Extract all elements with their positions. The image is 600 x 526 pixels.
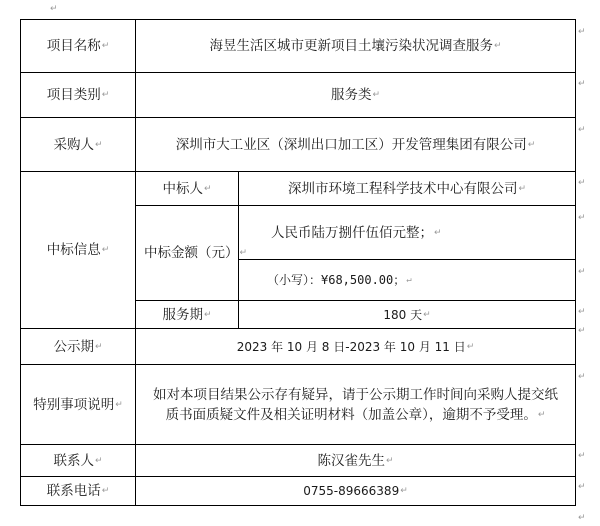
paragraph-mark-icon: ↵ — [518, 179, 526, 199]
paragraph-mark-icon: ↵ — [102, 85, 110, 105]
paragraph-mark-icon: ↵ — [423, 305, 431, 325]
row-end-mark-icon: ↵ — [578, 326, 586, 336]
label-winner: 中标人↵ — [136, 172, 238, 205]
paragraph-mark-icon: ↵ — [538, 410, 546, 420]
value-bid-amount-lower: （小写）：¥68,500.00；↵ — [239, 260, 575, 300]
value-contact-person: 陈汉雀先生↵ — [136, 445, 575, 476]
label-contact-person: 联系人↵ — [21, 445, 135, 476]
paragraph-mark-icon: ↵ — [95, 337, 103, 357]
paragraph-mark-icon: ↵ — [95, 451, 103, 471]
table-border-bottom — [20, 505, 576, 506]
value-purchaser: 深圳市大工业区（深圳出口加工区）开发管理集团有限公司↵ — [136, 118, 575, 171]
paragraph-mark-icon: ↵ — [115, 395, 123, 415]
document-page: ↵ 项目名称↵ 海昱生活区城市更新项目土壤污染状况调查服务↵ 项目类别↵ — [0, 0, 600, 526]
label-purchaser: 采购人↵ — [21, 118, 135, 171]
value-notice-period: 2023 年 10 月 8 日-2023 年 10 月 11 日↵ — [136, 329, 575, 364]
label-contact-phone: 联系电话↵ — [21, 477, 135, 505]
paragraph-mark-icon: ↵ — [102, 240, 110, 260]
paragraph-mark-icon: ↵ — [434, 223, 442, 243]
paragraph-mark-icon: ↵ — [50, 4, 58, 14]
row-end-mark-icon: ↵ — [578, 307, 586, 317]
row-end-mark-icon: ↵ — [578, 267, 586, 277]
paragraph-mark-icon: ↵ — [528, 135, 536, 155]
row-end-mark-icon: ↵ — [578, 451, 586, 461]
paragraph-mark-icon: ↵ — [204, 179, 212, 199]
label-service-period: 服务期↵ — [136, 301, 238, 328]
paragraph-mark-icon: ↵ — [406, 270, 411, 290]
paragraph-mark-icon: ↵ — [578, 513, 586, 523]
value-winner: 深圳市环境工程科学技术中心有限公司↵ — [239, 172, 575, 205]
label-project-name: 项目名称↵ — [21, 20, 135, 72]
label-bid-amount: 中标金额（元）↵ — [136, 206, 238, 300]
label-notice-period: 公示期↵ — [21, 329, 135, 364]
paragraph-mark-icon: ↵ — [95, 135, 103, 155]
row-end-mark-icon: ↵ — [578, 79, 586, 89]
label-special-notes: 特别事项说明↵ — [21, 365, 135, 444]
paragraph-mark-icon: ↵ — [494, 36, 502, 56]
value-service-period: 180 天↵ — [239, 301, 575, 328]
row-end-mark-icon: ↵ — [578, 27, 586, 37]
label-bid-info: 中标信息↵ — [21, 172, 135, 328]
value-contact-phone: 0755-89666389↵ — [136, 477, 575, 505]
paragraph-mark-icon: ↵ — [204, 305, 212, 325]
label-project-category: 项目类别↵ — [21, 73, 135, 117]
value-special-notes: 如对本项目结果公示存有疑异，请于公示期工作时间向采购人提交纸质书面质疑文件及相关… — [136, 365, 575, 444]
paragraph-mark-icon: ↵ — [102, 481, 110, 501]
paragraph-mark-icon: ↵ — [386, 451, 394, 471]
row-end-mark-icon: ↵ — [578, 125, 586, 135]
value-project-category: 服务类↵ — [136, 73, 575, 117]
paragraph-mark-icon: ↵ — [400, 481, 408, 501]
table-border-right — [575, 19, 576, 506]
paragraph-mark-icon: ↵ — [372, 85, 380, 105]
row-end-mark-icon: ↵ — [578, 213, 586, 223]
row-end-mark-icon: ↵ — [578, 482, 586, 492]
paragraph-mark-icon: ↵ — [102, 36, 110, 56]
row-end-mark-icon: ↵ — [578, 178, 586, 188]
row-end-mark-icon: ↵ — [578, 372, 586, 382]
paragraph-mark-icon: ↵ — [467, 337, 475, 357]
value-bid-amount-upper: 人民币陆万捌仟伍佰元整；↵ — [239, 206, 575, 259]
value-project-name: 海昱生活区城市更新项目土壤污染状况调查服务↵ — [136, 20, 575, 72]
